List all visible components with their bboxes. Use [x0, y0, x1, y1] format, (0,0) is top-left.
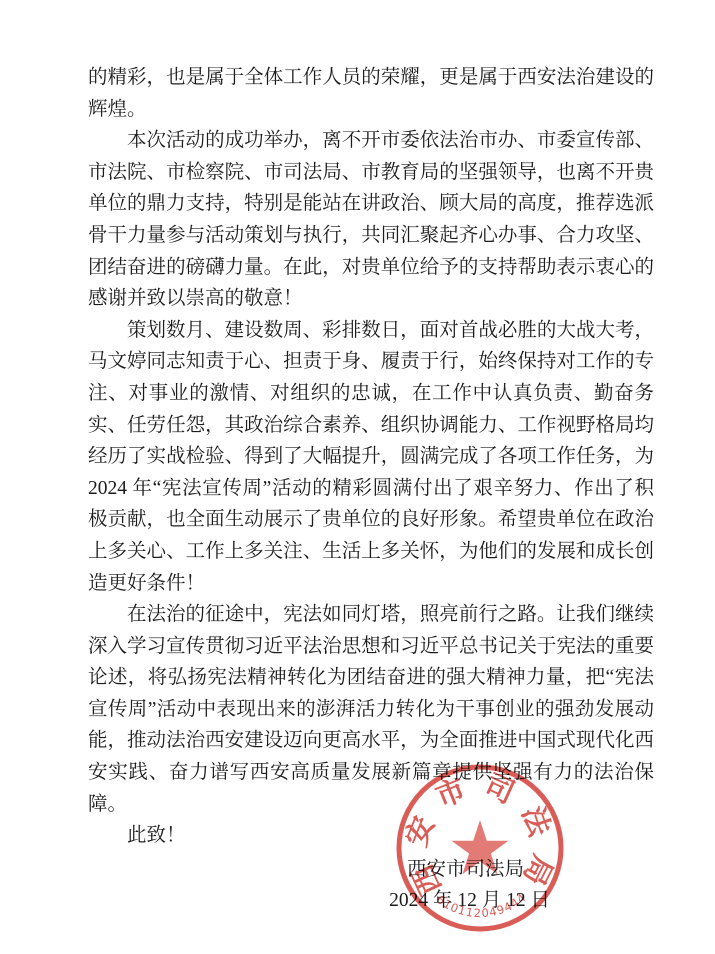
continuation-paragraph: 的精彩，也是属于全体工作人员的荣耀，更是属于西安法治建设的辉煌。 — [88, 62, 654, 125]
paragraph-outlook: 在法治的征途中，宪法如同灯塔，照亮前行之路。让我们继续深入学习宣传贯彻习近平法治… — [88, 599, 654, 820]
letter-body: 的精彩，也是属于全体工作人员的荣耀，更是属于西安法治建设的辉煌。 本次活动的成功… — [88, 62, 654, 917]
document-page: 的精彩，也是属于全体工作人员的荣耀，更是属于西安法治建设的辉煌。 本次活动的成功… — [0, 0, 715, 954]
closing-salutation: 此致！ — [88, 820, 654, 852]
signature-block: 西安市司法局 2024 年 12 月 12 日 — [88, 854, 654, 917]
signer-name: 西安市司法局 — [88, 854, 654, 886]
paragraph-thanks: 本次活动的成功举办，离不开市委依法治市办、市委宣传部、市法院、市检察院、市司法局… — [88, 125, 654, 315]
paragraph-commendation: 策划数月、建设数周、彩排数日，面对首战必胜的大战大考，马文婷同志知责于心、担责于… — [88, 315, 654, 599]
signature-date: 2024 年 12 月 12 日 — [88, 885, 654, 917]
